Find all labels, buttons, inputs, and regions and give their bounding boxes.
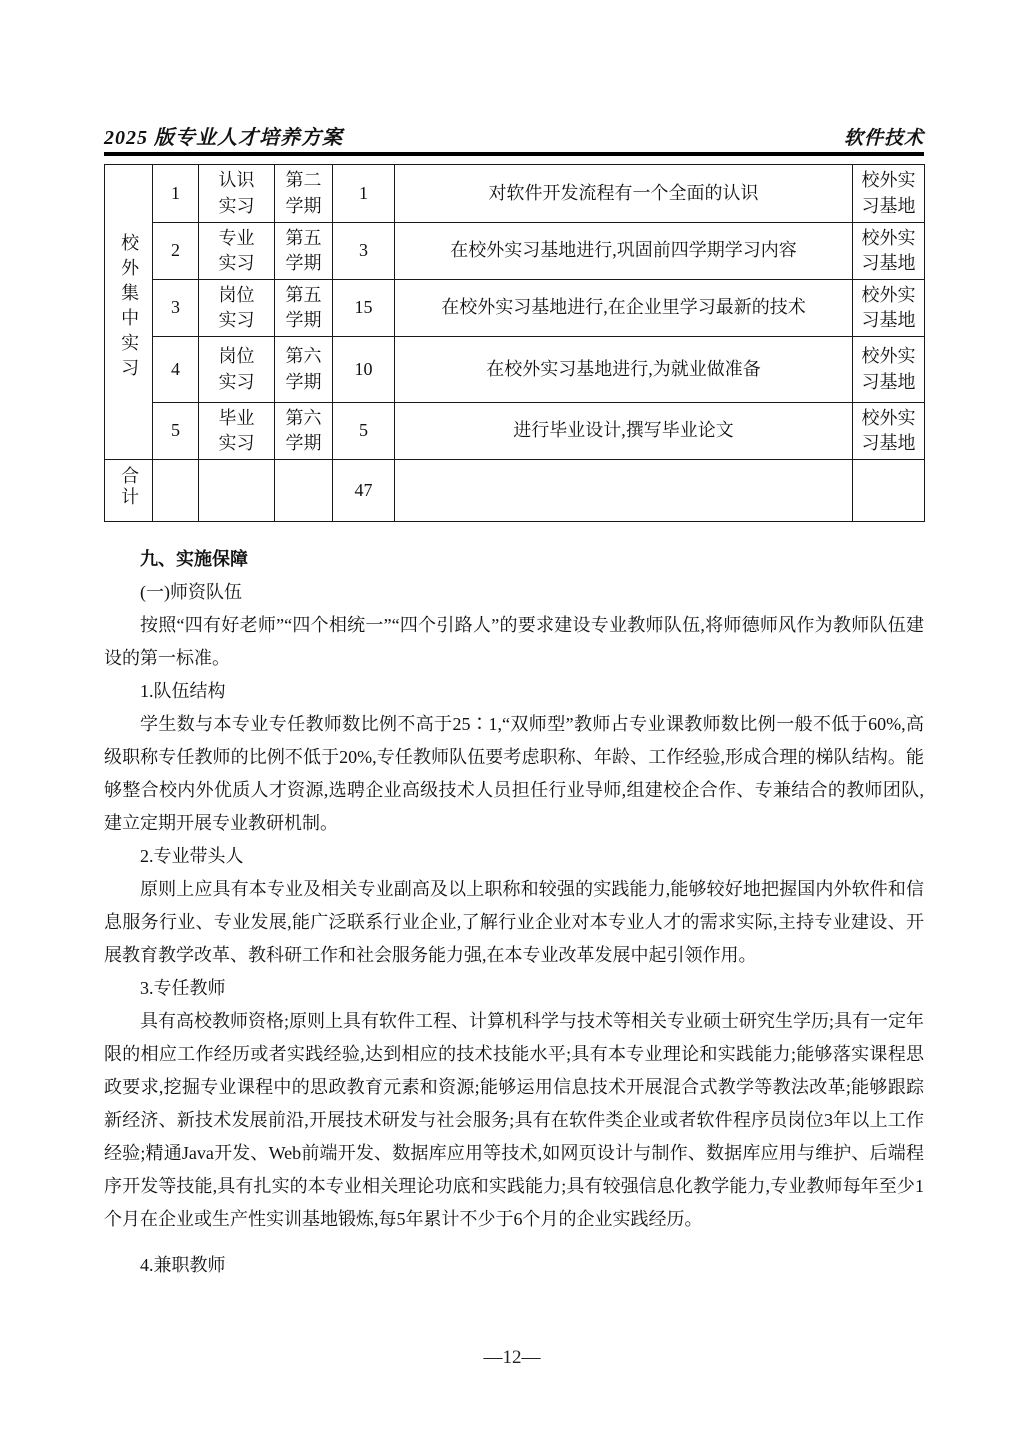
paragraph: 原则上应具有本专业及相关专业副高及以上职称和较强的实践能力,能够较好地把握国内外… [104,873,924,972]
cell-base: 校外实习基地 [853,223,925,280]
cell-name: 岗位实习 [199,280,275,337]
page-content: 2025 版专业人才培养方案 软件技术 校外集中实习 1 认识实习 第二学期 [104,0,924,1282]
subsection-heading: (一)师资队伍 [104,576,924,609]
cell-semester: 第五学期 [275,223,333,280]
cell-empty [275,460,333,522]
cell-name: 认识实习 [199,165,275,223]
cell-seq: 2 [153,223,199,280]
cell-empty [153,460,199,522]
body-text: 九、实施保障 (一)师资队伍 按照“四有好老师”“四个相统一”“四个引路人”的要… [104,543,924,1282]
cell-base: 校外实习基地 [853,165,925,223]
cell-description: 在校外实习基地进行,在企业里学习最新的技术 [395,280,853,337]
cell-description: 在校外实习基地进行,巩固前四学期学习内容 [395,223,853,280]
cell-weeks: 1 [333,165,395,223]
cell-total-weeks: 47 [333,460,395,522]
cell-semester: 第二学期 [275,165,333,223]
paragraph: 按照“四有好老师”“四个相统一”“四个引路人”的要求建设专业教师队伍,将师德师风… [104,609,924,675]
cell-seq: 3 [153,280,199,337]
cell-description: 在校外实习基地进行,为就业做准备 [395,337,853,403]
subsection-heading: 4.兼职教师 [104,1249,924,1282]
page-header: 2025 版专业人才培养方案 软件技术 [104,121,924,150]
cell-semester: 第六学期 [275,403,333,460]
page-number: —12— [0,1347,1024,1369]
internship-table: 校外集中实习 1 认识实习 第二学期 1 对软件开发流程有一个全面的认识 校外实… [104,164,925,522]
row-group-label: 校外集中实习 [105,165,153,460]
subsection-heading: 1.队伍结构 [104,675,924,708]
paragraph: 具有高校教师资格;原则上具有软件工程、计算机科学与技术等相关专业硕士研究生学历;… [104,1005,924,1236]
cell-semester: 第五学期 [275,280,333,337]
table-total-row: 合计 47 [105,460,925,522]
cell-empty [853,460,925,522]
section-heading: 九、实施保障 [104,543,924,576]
cell-empty [199,460,275,522]
paragraph: 学生数与本专业专任教师数比例不高于25∶1,“双师型”教师占专业课教师数比例一般… [104,708,924,840]
cell-base: 校外实习基地 [853,280,925,337]
cell-description: 对软件开发流程有一个全面的认识 [395,165,853,223]
cell-name: 专业实习 [199,223,275,280]
subsection-heading: 3.专任教师 [104,972,924,1005]
cell-description: 进行毕业设计,撰写毕业论文 [395,403,853,460]
table-row: 校外集中实习 1 认识实习 第二学期 1 对软件开发流程有一个全面的认识 校外实… [105,165,925,223]
table-row: 5 毕业实习 第六学期 5 进行毕业设计,撰写毕业论文 校外实习基地 [105,403,925,460]
header-major-name: 软件技术 [844,123,924,150]
cell-base: 校外实习基地 [853,403,925,460]
table-row: 3 岗位实习 第五学期 15 在校外实习基地进行,在企业里学习最新的技术 校外实… [105,280,925,337]
header-double-rule [104,152,924,156]
cell-weeks: 15 [333,280,395,337]
table-row: 2 专业实习 第五学期 3 在校外实习基地进行,巩固前四学期学习内容 校外实习基… [105,223,925,280]
header-document-title: 2025 版专业人才培养方案 [104,121,343,150]
cell-seq: 4 [153,337,199,403]
cell-weeks: 3 [333,223,395,280]
cell-weeks: 5 [333,403,395,460]
cell-name: 岗位实习 [199,337,275,403]
cell-empty [395,460,853,522]
cell-semester: 第六学期 [275,337,333,403]
document-page: 2025 版专业人才培养方案 软件技术 校外集中实习 1 认识实习 第二学期 [0,0,1024,1448]
cell-seq: 1 [153,165,199,223]
cell-name: 毕业实习 [199,403,275,460]
cell-weeks: 10 [333,337,395,403]
table-row: 4 岗位实习 第六学期 10 在校外实习基地进行,为就业做准备 校外实习基地 [105,337,925,403]
cell-seq: 5 [153,403,199,460]
cell-base: 校外实习基地 [853,337,925,403]
subsection-heading: 2.专业带头人 [104,840,924,873]
total-label: 合计 [105,460,153,522]
